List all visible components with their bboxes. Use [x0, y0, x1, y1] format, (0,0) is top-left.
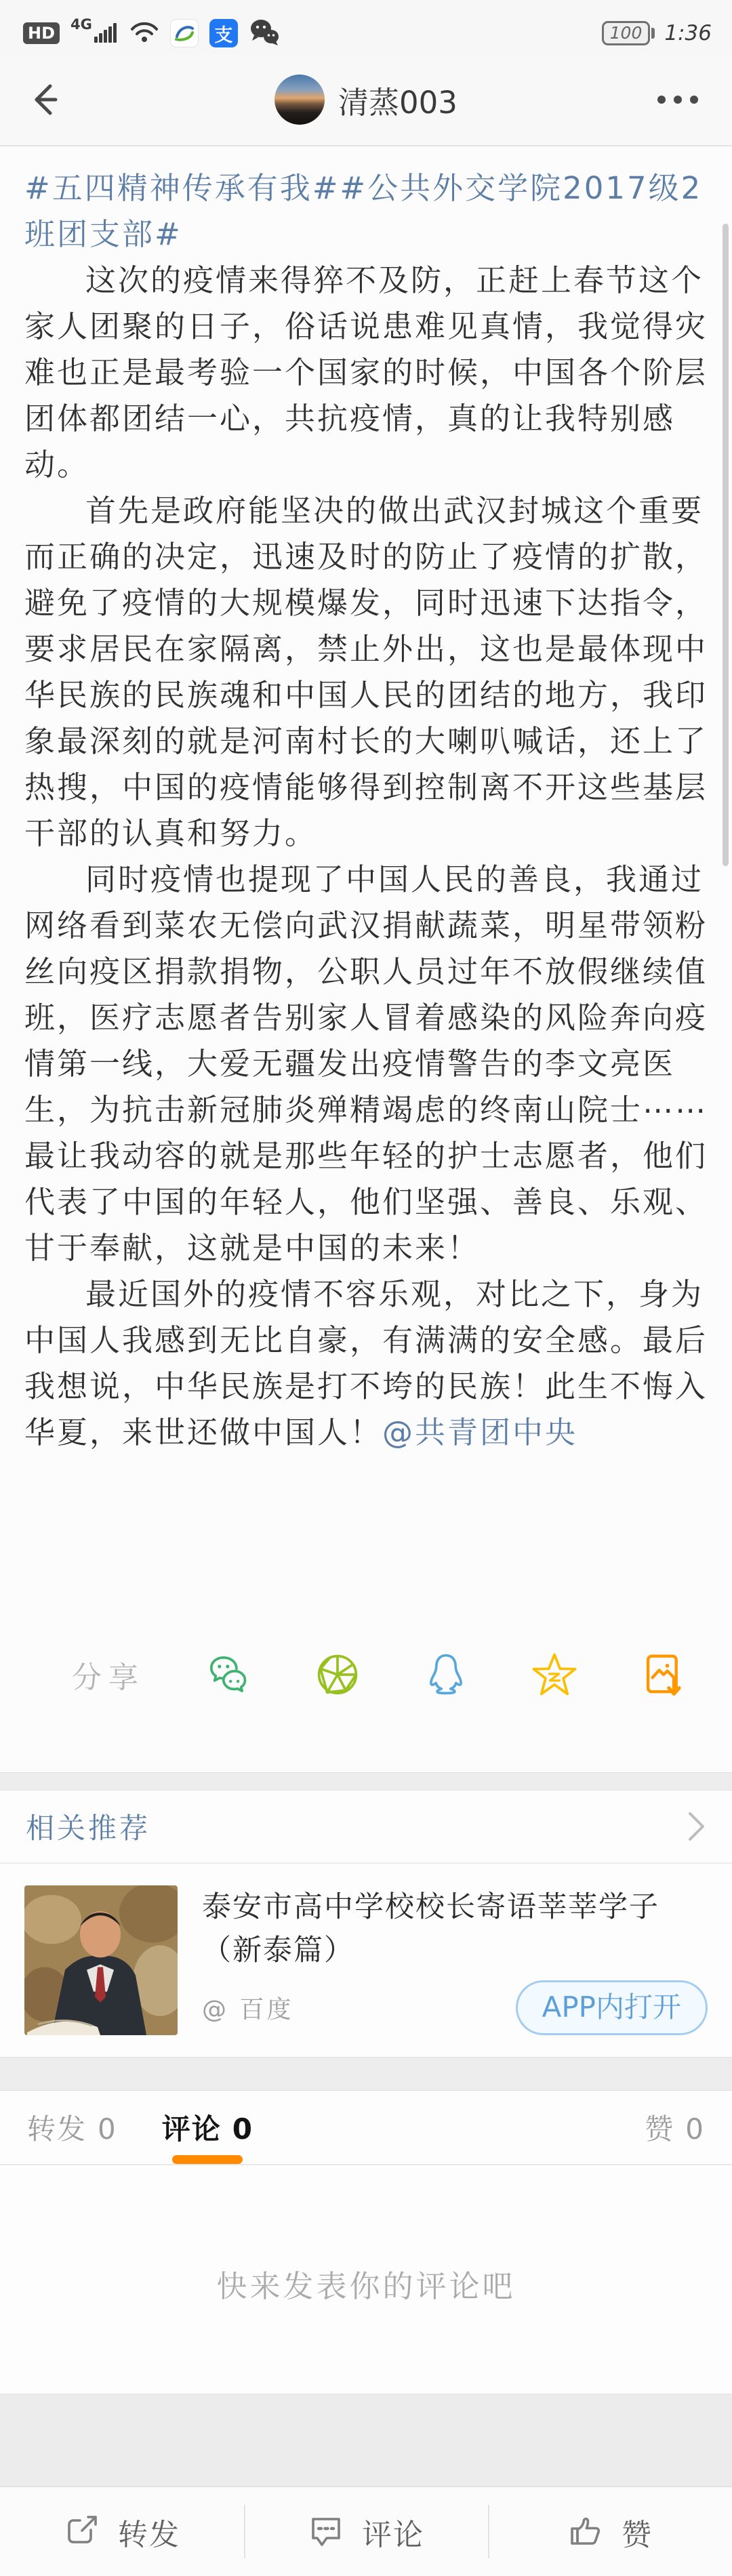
wechat-icon[interactable] — [205, 1650, 253, 1699]
username[interactable]: 清蒸003 — [338, 78, 457, 122]
china-mobile-icon — [170, 19, 199, 47]
share-label: 分享 — [72, 1653, 145, 1696]
post-paragraph: 同时疫情也提现了中国人民的善良，我通过网络看到菜农无偿向武汉捐献蔬菜，明星带领粉… — [24, 857, 708, 1271]
tab-like[interactable]: 赞0 — [645, 2107, 705, 2169]
repost-icon — [64, 2512, 100, 2552]
post-paragraph: 首先是政府能坚决的做出武汉封城这个重要而正确的决定，迅速及时的防止了疫情的扩散，… — [24, 488, 708, 857]
card-thumbnail — [24, 1885, 178, 2035]
comments-empty-state: 快来发表你的评论吧 — [0, 2165, 732, 2394]
network-indicator: 4G — [70, 20, 119, 46]
qzone-icon[interactable] — [530, 1650, 579, 1699]
qq-icon[interactable] — [422, 1650, 470, 1699]
related-recommendations-header[interactable]: 相关推荐 — [0, 1791, 732, 1864]
scrollbar[interactable] — [723, 224, 729, 866]
card-source: @ 百度 — [202, 1990, 293, 2025]
post-paragraph: 最近国外的疫情不容乐观，对比之下，身为中国人我感到无比自豪，有满满的安全感。最后… — [24, 1271, 708, 1456]
bottom-comment-label: 评论 — [362, 2510, 424, 2554]
bottom-action-bar: 转发 评论 赞 — [0, 2486, 732, 2576]
post-content: #五四精神传承有我##公共外交学院2017级2班团支部# 这次的疫情来得猝不及防… — [0, 146, 732, 1594]
battery-nub — [651, 28, 655, 39]
tabs-bar: 转发0 评论0 赞0 — [0, 2091, 732, 2165]
signal-bars-icon — [94, 20, 119, 46]
alipay-icon: 支 — [209, 19, 238, 47]
bottom-action-like[interactable]: 赞 — [488, 2487, 732, 2576]
back-button[interactable] — [27, 77, 76, 123]
more-button[interactable] — [651, 89, 705, 110]
comment-icon — [308, 2512, 344, 2552]
battery-indicator: 100 — [602, 21, 655, 45]
save-image-icon[interactable] — [638, 1650, 687, 1699]
chevron-right-icon[interactable] — [687, 1811, 706, 1842]
battery-level: 100 — [602, 21, 651, 45]
avatar[interactable] — [274, 75, 325, 125]
bottom-like-label: 赞 — [622, 2510, 653, 2554]
status-bar: HD 4G 支 100 1:36 — [0, 0, 732, 54]
card-title: 泰安市高中学校校长寄语莘莘学子（新泰篇） — [202, 1885, 708, 1972]
nav-bar: 清蒸003 — [0, 54, 732, 146]
section-separator — [0, 2057, 732, 2091]
related-card[interactable]: 泰安市高中学校校长寄语莘莘学子（新泰篇） @ 百度 APP内打开 — [0, 1864, 732, 2057]
empty-comments-text: 快来发表你的评论吧 — [216, 2262, 515, 2306]
clock: 1:36 — [664, 21, 712, 45]
hashtag-links[interactable]: #五四精神传承有我##公共外交学院2017级2班团支部# — [24, 165, 708, 258]
section-separator — [0, 2394, 732, 2486]
bottom-action-comment[interactable]: 评论 — [244, 2487, 488, 2576]
related-title: 相关推荐 — [26, 1806, 150, 1847]
post-paragraph: 这次的疫情来得猝不及防，正赶上春节这个家人团聚的日子，俗话说患难见真情，我觉得灾… — [24, 258, 708, 488]
weibo-post-screen: HD 4G 支 100 1:36 — [0, 0, 732, 2576]
mention-link[interactable]: @共青团中央 — [382, 1414, 577, 1450]
hd-badge: HD — [23, 22, 60, 44]
moments-icon[interactable] — [313, 1650, 362, 1699]
post-body: 这次的疫情来得猝不及防，正赶上春节这个家人团聚的日子，俗话说患难见真情，我觉得灾… — [24, 258, 708, 1594]
network-type-label: 4G — [70, 18, 92, 32]
wifi-icon — [129, 20, 159, 47]
tab-comment[interactable]: 评论0 — [162, 2107, 253, 2169]
tab-repost[interactable]: 转发0 — [27, 2107, 117, 2169]
wechat-status-icon — [249, 18, 280, 48]
bottom-action-repost[interactable]: 转发 — [0, 2487, 244, 2576]
section-separator — [0, 1772, 732, 1791]
like-icon — [567, 2512, 604, 2552]
share-row: 分享 — [0, 1594, 732, 1772]
bottom-repost-label: 转发 — [118, 2510, 180, 2554]
open-in-app-button[interactable]: APP内打开 — [516, 1980, 708, 2035]
